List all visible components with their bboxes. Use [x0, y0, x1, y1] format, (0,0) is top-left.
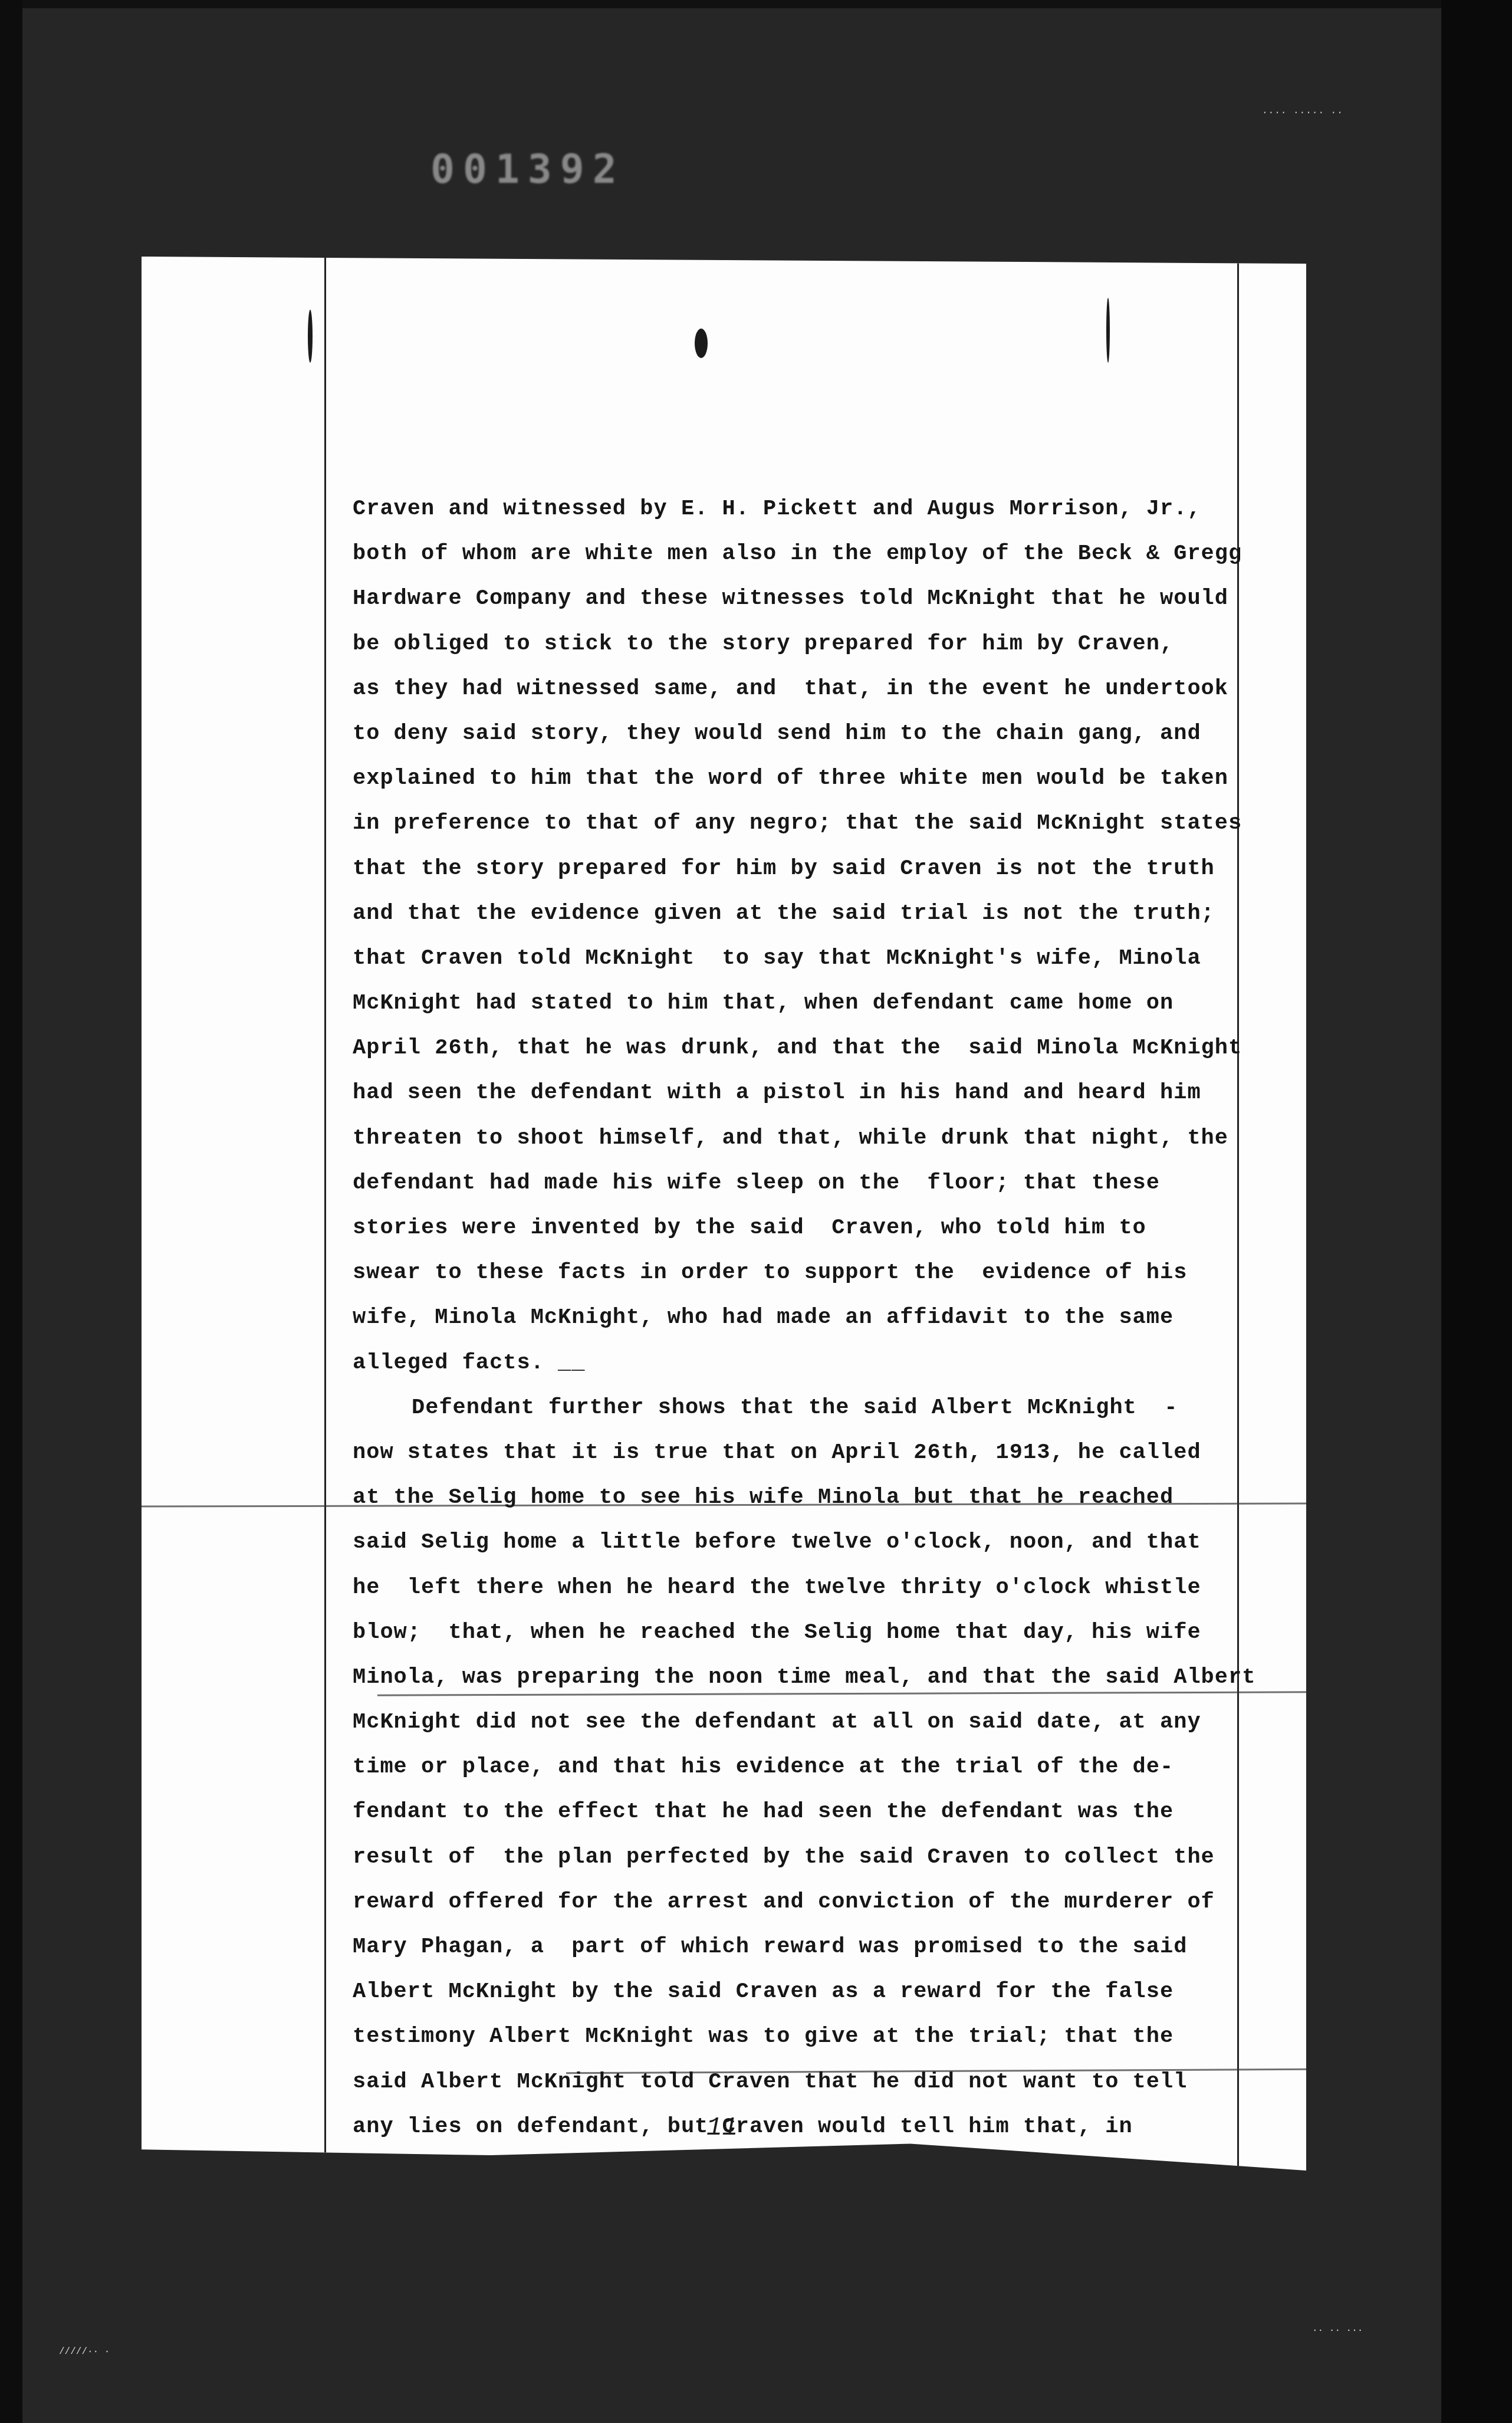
text-line: blow; that, when he reached the Selig ho…	[353, 1610, 1255, 1655]
text-line: and that the evidence given at the said …	[353, 891, 1255, 936]
text-line: as they had witnessed same, and that, in…	[353, 667, 1255, 711]
text-line: McKnight did not see the defendant at al…	[353, 1700, 1255, 1745]
document-body: Craven and witnessed by E. H. Pickett an…	[353, 487, 1255, 2149]
archive-stamp-number: 001392	[430, 146, 625, 193]
frame-label-top-right: ···· ····· ··	[1262, 107, 1343, 118]
binding-mark-right-icon	[1106, 298, 1110, 363]
left-margin-rule	[324, 257, 326, 2171]
text-line: he left there when he heard the twelve t…	[353, 1565, 1255, 1610]
text-line: in preference to that of any negro; that…	[353, 801, 1255, 846]
text-line: testimony Albert McKnight was to give at…	[353, 2014, 1255, 2059]
text-line: time or place, and that his evidence at …	[353, 1745, 1255, 1790]
binding-hole-icon	[695, 329, 708, 358]
text-line: explained to him that the word of three …	[353, 756, 1255, 801]
text-line: to deny said story, they would send him …	[353, 711, 1255, 756]
text-line: defendant had made his wife sleep on the…	[353, 1161, 1255, 1206]
paragraph-1: Craven and witnessed by E. H. Pickett an…	[353, 487, 1255, 1385]
text-line: Minola, was preparing the noon time meal…	[353, 1655, 1255, 1700]
text-line: Craven and witnessed by E. H. Pickett an…	[353, 487, 1255, 531]
text-line: said Albert McKnight told Craven that he…	[353, 2060, 1255, 2104]
text-line: fendant to the effect that he had seen t…	[353, 1790, 1255, 1834]
text-line: any lies on defendant, but Craven would …	[353, 2104, 1255, 2149]
text-line: reward offered for the arrest and convic…	[353, 1880, 1255, 1925]
paragraph-2: Defendant further shows that the said Al…	[353, 1385, 1255, 2149]
text-line: stories were invented by the said Craven…	[353, 1206, 1255, 1250]
text-line: that the story prepared for him by said …	[353, 846, 1255, 891]
text-line: April 26th, that he was drunk, and that …	[353, 1026, 1255, 1071]
text-line: alleged facts. __	[353, 1341, 1255, 1385]
text-line: Mary Phagan, a part of which reward was …	[353, 1925, 1255, 1969]
text-line: be obliged to stick to the story prepare…	[353, 622, 1255, 667]
frame-label-bottom-right: ·· ·· ···	[1312, 2325, 1363, 2336]
text-line: Hardware Company and these witnesses tol…	[353, 576, 1255, 621]
text-line: Defendant further shows that the said Al…	[353, 1385, 1255, 1430]
text-line: swear to these facts in order to support…	[353, 1250, 1255, 1295]
film-border-left	[0, 0, 22, 2423]
text-line: threaten to shoot himself, and that, whi…	[353, 1116, 1255, 1161]
text-line: result of the plan perfected by the said…	[353, 1835, 1255, 1880]
text-line: McKnight had stated to him that, when de…	[353, 981, 1255, 1026]
text-line: Albert McKnight by the said Craven as a …	[353, 1969, 1255, 2014]
text-line: now states that it is true that on April…	[353, 1430, 1255, 1475]
text-line: that Craven told McKnight to say that Mc…	[353, 936, 1255, 981]
frame-label-bottom-left: /////·· ·	[59, 2346, 110, 2357]
text-line: wife, Minola McKnight, who had made an a…	[353, 1295, 1255, 1340]
text-line: at the Selig home to see his wife Minola…	[353, 1475, 1255, 1520]
page-number: 11	[706, 2113, 738, 2143]
film-border-top	[0, 0, 1512, 8]
film-border-right	[1441, 0, 1512, 2423]
document-page: Craven and witnessed by E. H. Pickett an…	[142, 257, 1306, 2171]
text-line: said Selig home a little before twelve o…	[353, 1520, 1255, 1565]
text-line: both of whom are white men also in the e…	[353, 531, 1255, 576]
text-line: had seen the defendant with a pistol in …	[353, 1071, 1255, 1115]
binding-mark-left-icon	[308, 310, 313, 363]
